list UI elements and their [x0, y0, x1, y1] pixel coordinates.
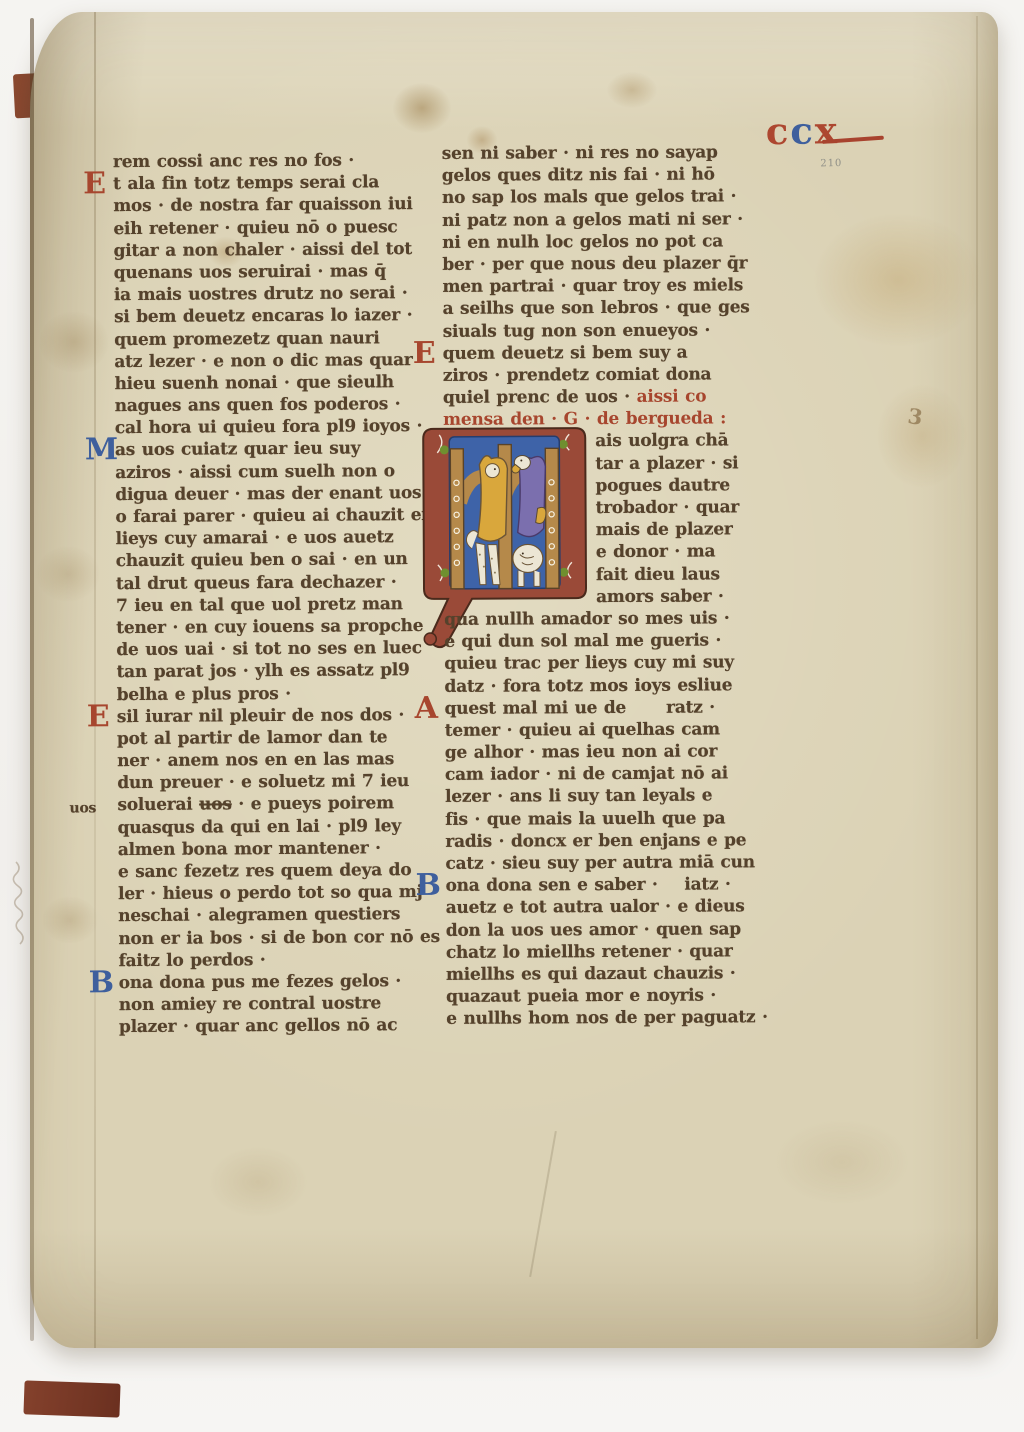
- text-line: ber · per que nous deu plazer q̄r: [442, 252, 776, 276]
- text-line: tar a plazer · si: [595, 452, 777, 475]
- folio-letter: c: [790, 108, 815, 152]
- text-line: gitar a non chaler · aissi del tot: [114, 238, 438, 262]
- text-seg: tar a plazer · si: [595, 453, 738, 474]
- text-seg: rem cossi anc res no fos ·: [113, 150, 354, 172]
- spine-edge: [30, 18, 34, 1341]
- text-seg: soluerai: [117, 795, 199, 816]
- text-line: mensa den · G · de bergueda :: [443, 407, 777, 431]
- text-line: no sap los mals que gelos trai ·: [442, 186, 776, 210]
- text-seg: quem promezetz quan nauri: [114, 328, 379, 350]
- text-line: qua nullh amador so mes uis ·: [444, 607, 778, 631]
- text-line: temer · quieu ai quelhas cam: [445, 718, 779, 742]
- text-seg: siuals tug non son enueyos ·: [443, 320, 711, 341]
- text-seg: chatz lo miellhs retener · quar: [446, 941, 733, 963]
- folio-letter: x: [814, 108, 839, 152]
- drop-cap-B: B: [415, 871, 440, 901]
- text-line: uossoluerai uos · e pueys poirem: [117, 792, 441, 816]
- text-line: Et ala fin totz temps serai cla: [113, 171, 437, 195]
- text-line: eih retener · quieu nō o puesc: [113, 215, 437, 239]
- text-line: atz lezer · e non o dic mas quar: [114, 349, 438, 373]
- text-line: men partrai · quar troy es miels: [442, 274, 776, 298]
- drop-cap-A: A: [415, 694, 438, 724]
- text-seg: dun preuer · e soluetz mi 7 ieu: [117, 771, 409, 793]
- text-seg: qua nullh amador so mes uis ·: [444, 608, 729, 629]
- parchment-scratch: [529, 1131, 557, 1277]
- text-line: quieu trac per lieys cuy mi suy: [444, 651, 778, 675]
- text-line: quenans uos seruirai · mas q̄: [114, 260, 438, 284]
- text-seg: e donor · ma: [596, 542, 715, 563]
- text-seg: nagues ans quen fos poderos ·: [115, 394, 401, 416]
- drop-cap-E: E: [83, 169, 106, 199]
- text-seg: ler · hieus o perdo tot so qua mj: [118, 882, 423, 904]
- text-line: dun preuer · e soluetz mi 7 ieu: [117, 770, 441, 794]
- drop-cap-M: M: [85, 436, 118, 466]
- text-seg: quasqus da qui en lai · pl9 ley: [118, 816, 401, 838]
- text-line: neschai · alegramen questiers: [118, 903, 442, 927]
- text-seg: aissi co: [637, 387, 707, 407]
- text-line: o farai parer · quieu ai chauzit en: [115, 504, 439, 528]
- text-seg: sen ni saber · ni res no sayap: [442, 142, 718, 163]
- text-line: ni en nulh loc gelos no pot ca: [442, 230, 776, 254]
- text-seg: e nullhs hom nos de per paguatz ·: [446, 1007, 768, 1029]
- text-seg: uos: [199, 795, 232, 815]
- text-line: pogues dautre: [595, 474, 777, 497]
- text-seg: mais de plazer: [596, 520, 733, 541]
- text-seg: hieu suenh nonai · que sieulh: [114, 372, 393, 394]
- text-column-right: sen ni saber · ni res no sayapgelos ques…: [442, 141, 781, 1030]
- text-seg: don la uos ues amor · quen sap: [446, 919, 741, 941]
- text-seg: quazaut pueia mor e noyris ·: [446, 986, 716, 1007]
- text-seg: sil iurar nil pleuir de nos dos ·: [117, 705, 404, 727]
- text-line: catz · sieu suy per autra miā cun: [445, 851, 779, 875]
- text-line: mos · de nostra far quaisson iui: [113, 193, 437, 217]
- text-line: don la uos ues amor · quen sap: [446, 918, 780, 942]
- text-seg: ia mais uostres drutz no serai ·: [114, 283, 408, 305]
- text-line: nagues ans quen fos poderos ·: [115, 393, 439, 417]
- text-line: quiel prenc de uos · aissi co: [443, 385, 777, 409]
- text-line: auetz e tot autra ualor · e dieus: [446, 895, 780, 919]
- text-line: aziros · aissi cum suelh non o: [115, 459, 439, 483]
- text-line: digua deuer · mas der enant uos: [115, 482, 439, 506]
- binding-spine-bottom: [23, 1380, 120, 1417]
- text-seg: si bem deuetz encaras lo iazer ·: [114, 305, 412, 327]
- text-seg: non amiey re contral uostre: [119, 993, 381, 1015]
- text-line: almen bona mor mantener ·: [118, 837, 442, 861]
- text-line: chatz lo miellhs retener · quar: [446, 940, 780, 964]
- text-seg: a seilhs que son lebros · que ges: [442, 298, 749, 320]
- drop-cap-E: E: [413, 339, 436, 369]
- folio-letters: ccx: [765, 111, 916, 151]
- text-line: tan parat jos · ylh es assatz pl9: [116, 659, 440, 683]
- text-seg: ziros · prendetz comiat dona: [443, 364, 712, 385]
- text-seg: atz lezer · e non o dic mas quar: [114, 350, 412, 372]
- text-seg: amors saber ·: [596, 586, 724, 607]
- text-line: e donor · ma: [596, 541, 778, 564]
- text-line: quem promezetz quan nauri: [114, 326, 438, 350]
- text-seg: e qui dun sol mal me gueris ·: [444, 631, 721, 652]
- text-seg: as uos cuiatz quar ieu suy: [115, 439, 360, 461]
- text-line: chauzit quieu ben o sai · en un: [116, 548, 440, 572]
- drop-cap-E: E: [87, 702, 110, 732]
- text-seg: belha e plus pros ·: [117, 683, 291, 704]
- text-seg: ber · per que nous deu plazer q̄r: [442, 253, 747, 275]
- text-seg: gitar a non chaler · aissi del tot: [114, 239, 412, 261]
- text-line: fait dieu laus: [596, 563, 778, 586]
- text-line: datz · fora totz mos ioys esliue: [444, 674, 778, 698]
- text-seg: quieu trac per lieys cuy mi suy: [444, 653, 734, 675]
- text-line: a seilhs que son lebros · que ges: [442, 296, 776, 320]
- text-line: si bem deuetz encaras lo iazer ·: [114, 304, 438, 328]
- text-seg: ni patz non a gelos mati ni ser ·: [442, 209, 743, 231]
- text-column-left: rem cossi anc res no fos ·Et ala fin tot…: [113, 149, 443, 1039]
- pencil-foliation: 210: [820, 158, 842, 169]
- text-seg: pot al partir de lamor dan te: [117, 727, 387, 749]
- text-line: cam iador · ni de camjat nō ai: [445, 762, 779, 786]
- text-line: hieu suenh nonai · que sieulh: [114, 371, 438, 395]
- text-line: ziros · prendetz comiat dona: [443, 363, 777, 387]
- text-seg: quiel prenc de uos ·: [443, 387, 637, 408]
- text-line: siuals tug non son enueyos ·: [443, 319, 777, 343]
- text-seg: ona dona pus me fezes gelos ·: [119, 971, 401, 993]
- text-seg: cal hora ui quieu fora pl9 ioyos ·: [115, 416, 423, 438]
- text-line: Mas uos cuiatz quar ieu suy: [115, 437, 439, 461]
- text-seg: ge alhor · mas ieu non ai cor: [445, 742, 717, 763]
- text-line: Bona dona pus me fezes gelos ·: [119, 970, 443, 994]
- text-seg: fis · que mais la uuelh que pa: [445, 808, 725, 829]
- text-line: mais de plazer: [596, 518, 778, 541]
- text-line: ner · anem nos en en las mas: [117, 748, 441, 772]
- text-seg: almen bona mor mantener ·: [118, 838, 381, 860]
- margin-ink-mark: 3: [906, 403, 924, 430]
- gutter-fold-line: [94, 12, 96, 1348]
- text-seg: tal drut queus fara dechazer ·: [116, 572, 397, 594]
- text-seg: aziros · aissi cum suelh non o: [115, 461, 395, 483]
- folio-number: ccx 210: [765, 111, 916, 184]
- text-seg: · e pueys poirem: [232, 794, 394, 815]
- text-seg: ni en nulh loc gelos no pot ca: [442, 231, 723, 252]
- text-seg: quem deuetz si bem suy a: [443, 342, 688, 363]
- text-seg: temer · quieu ai quelhas cam: [445, 719, 720, 740]
- text-line: tal drut queus fara dechazer ·: [116, 570, 440, 594]
- text-seg: ner · anem nos en en las mas: [117, 749, 394, 771]
- drop-cap-B: B: [89, 968, 114, 998]
- text-seg: faitz lo perdos ·: [118, 950, 265, 971]
- text-line: pot al partir de lamor dan te: [117, 726, 441, 750]
- text-line: rem cossi anc res no fos ·: [113, 149, 437, 173]
- text-seg: mensa den · G · de bergueda :: [443, 409, 726, 430]
- text-seg: mos · de nostra far quaisson iui: [113, 194, 412, 216]
- text-seg: miellhs es qui dazaut chauzis ·: [446, 963, 736, 985]
- text-seg: ona dona sen e saber · iatz ·: [446, 875, 731, 896]
- text-seg: tan parat jos · ylh es assatz pl9: [116, 660, 409, 682]
- text-seg: pogues dautre: [595, 475, 730, 496]
- text-line: de uos uai · si tot no ses en luec: [116, 637, 440, 661]
- text-seg: neschai · alegramen questiers: [118, 905, 400, 927]
- text-line: e qui dun sol mal me gueris ·: [444, 629, 778, 653]
- text-line: ia mais uostres drutz no serai ·: [114, 282, 438, 306]
- text-line: ler · hieus o perdo tot so qua mj: [118, 881, 442, 905]
- text-line: fis · que mais la uuelh que pa: [445, 807, 779, 831]
- text-seg: men partrai · quar troy es miels: [442, 275, 743, 297]
- text-seg: t ala fin totz temps serai cla: [113, 172, 379, 194]
- text-line: non amiey re contral uostre: [119, 992, 443, 1016]
- text-line: cal hora ui quieu fora pl9 ioyos ·: [115, 415, 439, 439]
- text-line: miellhs es qui dazaut chauzis ·: [446, 962, 780, 986]
- text-line: ais uolgra chā: [595, 430, 777, 453]
- text-line: e nullhs hom nos de per paguatz ·: [446, 1006, 780, 1030]
- text-line: tener · en cuy iouens sa propche: [116, 615, 440, 639]
- text-seg: e sanc fezetz res quem deya do: [118, 860, 412, 882]
- text-seg: tener · en cuy iouens sa propche: [116, 616, 423, 638]
- text-line: amors saber ·: [596, 585, 778, 608]
- text-seg: auetz e tot autra ualor · e dieus: [446, 897, 745, 919]
- text-seg: eih retener · quieu nō o puesc: [113, 217, 397, 239]
- text-line: sen ni saber · ni res no sayap: [442, 141, 776, 165]
- fore-edge-line: [976, 16, 978, 1339]
- gutter-scribble: [2, 856, 32, 952]
- text-line: radis · doncx er ben enjans e pe: [445, 829, 779, 853]
- text-seg: cam iador · ni de camjat nō ai: [445, 764, 728, 785]
- text-line: ge alhor · mas ieu non ai cor: [445, 740, 779, 764]
- text-line: 7 ieu en tal que uol pretz man: [116, 593, 440, 617]
- text-line: Bona dona sen e saber · iatz ·: [446, 873, 780, 897]
- text-line: gelos ques ditz nis fai · ni hō: [442, 163, 776, 187]
- text-line: lieys cuy amarai · e uos auetz: [116, 526, 440, 550]
- text-line: ni patz non a gelos mati ni ser ·: [442, 208, 776, 232]
- text-seg: radis · doncx er ben enjans e pe: [445, 830, 746, 852]
- text-seg: datz · fora totz mos ioys esliue: [444, 675, 732, 697]
- margin-correction: uos: [69, 798, 96, 820]
- text-seg: chauzit quieu ben o sai · en un: [116, 549, 408, 571]
- text-line: Esil iurar nil pleuir de nos dos ·: [117, 704, 441, 728]
- text-line: faitz lo perdos ·: [118, 948, 442, 972]
- text-seg: o farai parer · quieu ai chauzit en: [115, 505, 433, 527]
- text-line: e sanc fezetz res quem deya do: [118, 859, 442, 883]
- text-seg: quest mal mi ue de ratz ·: [445, 697, 715, 718]
- text-line: lezer · ans li suy tan leyals e: [445, 785, 779, 809]
- text-seg: lieys cuy amarai · e uos auetz: [116, 527, 394, 549]
- text-seg: digua deuer · mas der enant uos: [115, 483, 421, 505]
- text-seg: lezer · ans li suy tan leyals e: [445, 786, 712, 807]
- text-line: plazer · quar anc gellos nō ac: [119, 1014, 443, 1038]
- text-seg: no sap los mals que gelos trai ·: [442, 187, 736, 209]
- text-line: trobador · quar: [596, 496, 778, 519]
- text-line: belha e plus pros ·: [117, 681, 441, 705]
- text-seg: trobador · quar: [596, 497, 740, 518]
- text-seg: gelos ques ditz nis fai · ni hō: [442, 165, 715, 186]
- text-seg: non er ia bos · si de bon cor nō es: [118, 926, 440, 948]
- text-seg: catz · sieu suy per autra miā cun: [445, 852, 754, 874]
- text-seg: quenans uos seruirai · mas q̄: [114, 261, 386, 283]
- text-line: quasqus da qui en lai · pl9 ley: [118, 814, 442, 838]
- text-seg: ais uolgra chā: [595, 431, 728, 452]
- text-line: quazaut pueia mor e noyris ·: [446, 984, 780, 1008]
- text-seg: de uos uai · si tot no ses en luec: [116, 638, 422, 660]
- text-line: Aquest mal mi ue de ratz ·: [445, 696, 779, 720]
- text-line: non er ia bos · si de bon cor nō es: [118, 925, 442, 949]
- text-seg: plazer · quar anc gellos nō ac: [119, 1015, 397, 1037]
- text-line: Equem deuetz si bem suy a: [443, 341, 777, 365]
- text-seg: 7 ieu en tal que uol pretz man: [116, 594, 403, 616]
- manuscript-page: ccx 210 3 rem cossi anc res no fos ·Et a…: [30, 12, 998, 1348]
- text-seg: fait dieu laus: [596, 564, 720, 585]
